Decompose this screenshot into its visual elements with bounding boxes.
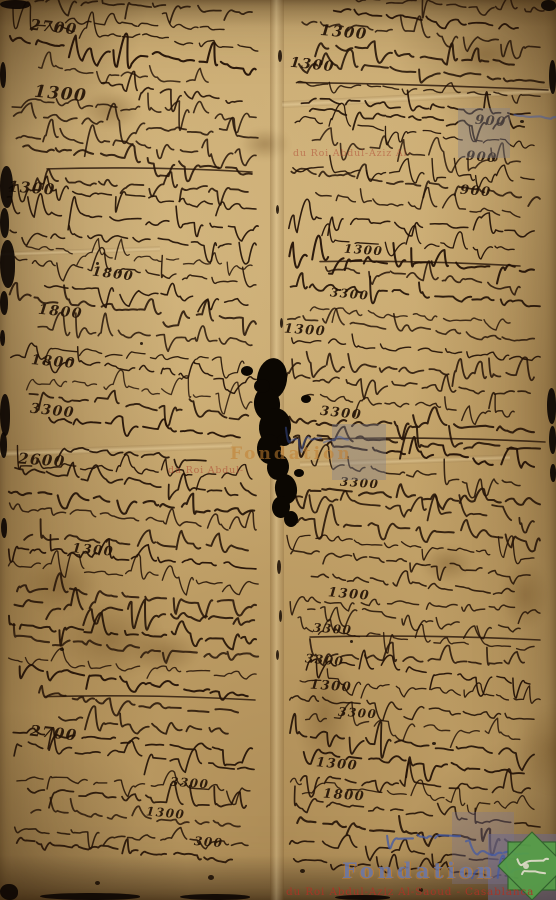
foundation-stamp-name-faint: Fondation bbox=[230, 446, 353, 463]
stamp-arabic-text bbox=[514, 115, 556, 119]
foundation-stamp-subtitle: du Roi Abdul-Aziz Al-Saoud - Casablanca bbox=[286, 887, 534, 898]
foundation-stamp-subtitle-top-faint: du Roi Abdul-Aziz Al- bbox=[293, 149, 411, 159]
foundation-stamp-subtitle-faint: du Roi Abdul- bbox=[168, 466, 244, 476]
star-calligraphy-dot bbox=[523, 863, 529, 869]
stamp-arabic-text bbox=[387, 835, 460, 848]
manuscript-page: 2700130013001800180018003300260013002700… bbox=[0, 0, 556, 900]
foundation-stamp-name: Fondation bbox=[342, 860, 496, 881]
